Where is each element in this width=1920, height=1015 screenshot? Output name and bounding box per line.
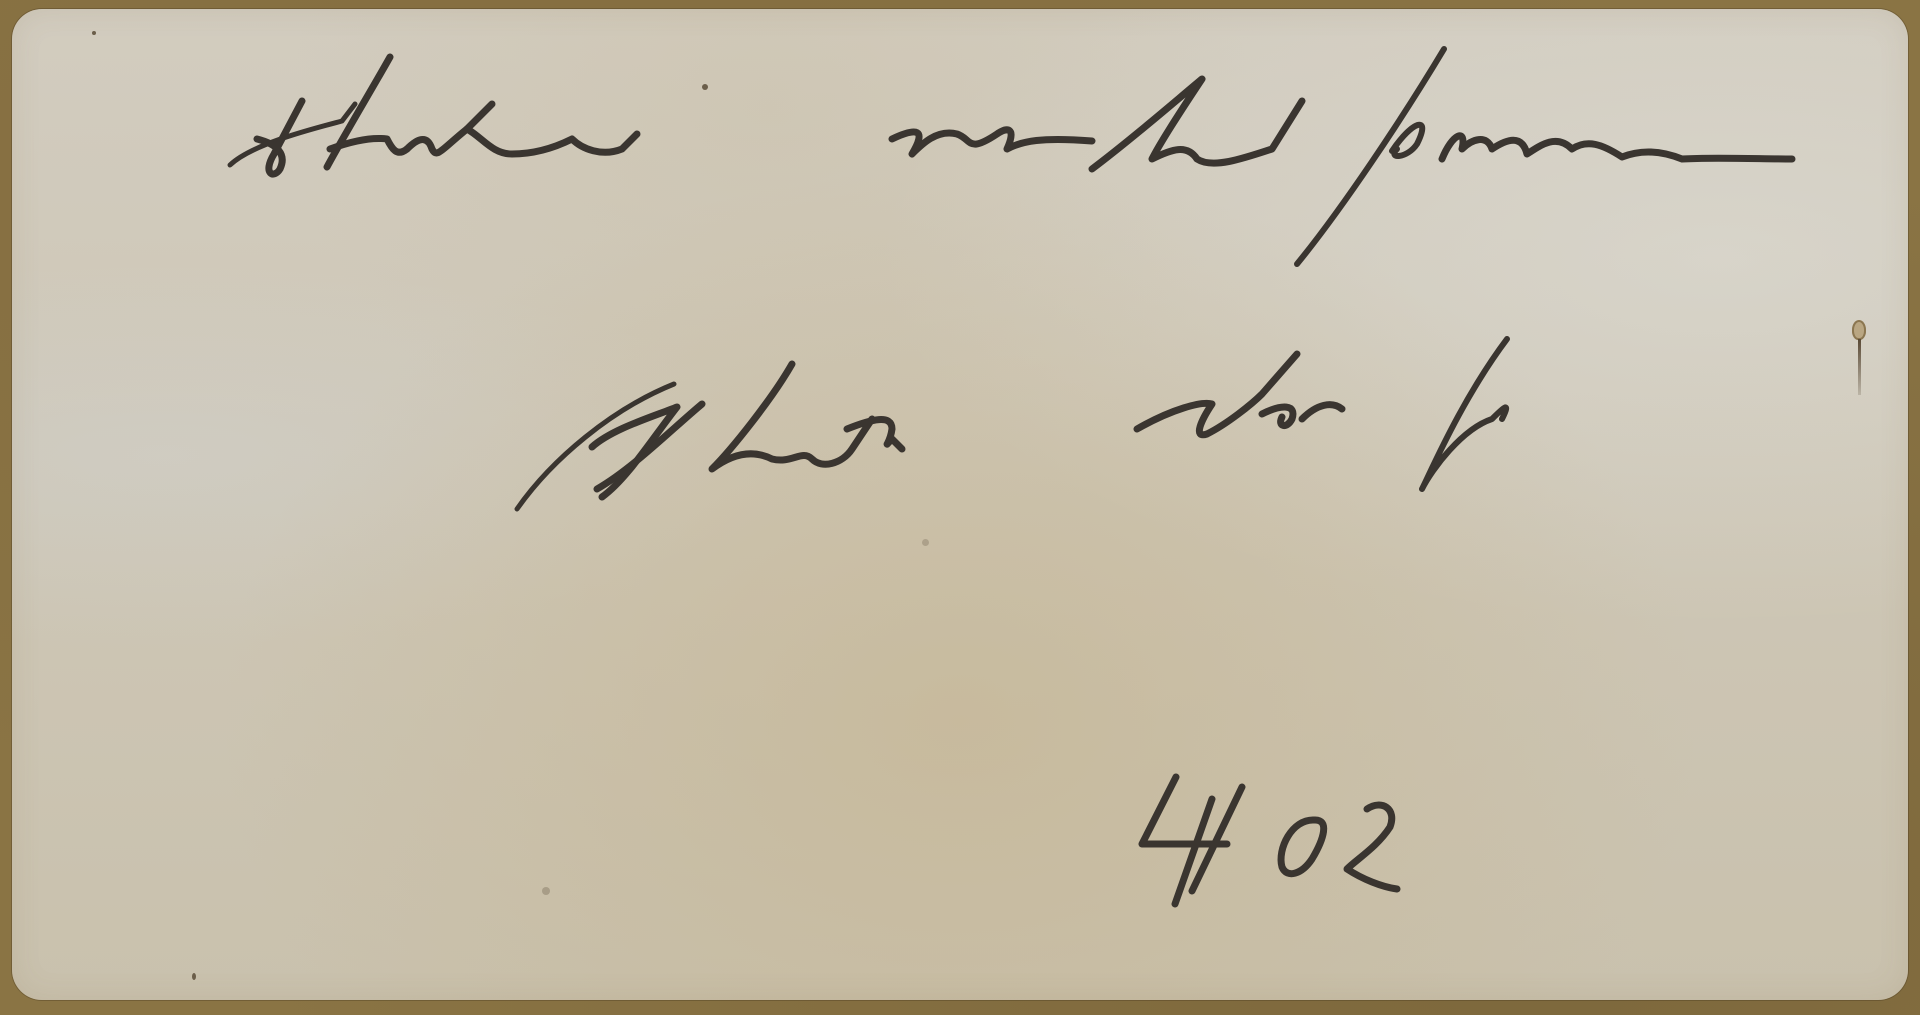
paper-speck [92,31,96,35]
word-het [1092,79,1302,169]
ink-drip-mark [1858,339,1861,395]
handwriting-strokes [12,9,1908,1000]
word-studie [230,57,637,174]
paper-speck [702,84,708,90]
word-voor [892,130,1092,154]
word-dorp [1137,339,1507,489]
word-panorama [1297,49,1792,264]
paper-speck [922,539,929,546]
pin-hole-mark [1852,320,1866,340]
word-schets [517,364,902,509]
paper-speck [542,887,550,895]
label-card: Studie voor het panorama Schets dorp 410… [12,9,1908,1000]
paper-speck [192,973,196,980]
number-4102 [1142,777,1397,904]
